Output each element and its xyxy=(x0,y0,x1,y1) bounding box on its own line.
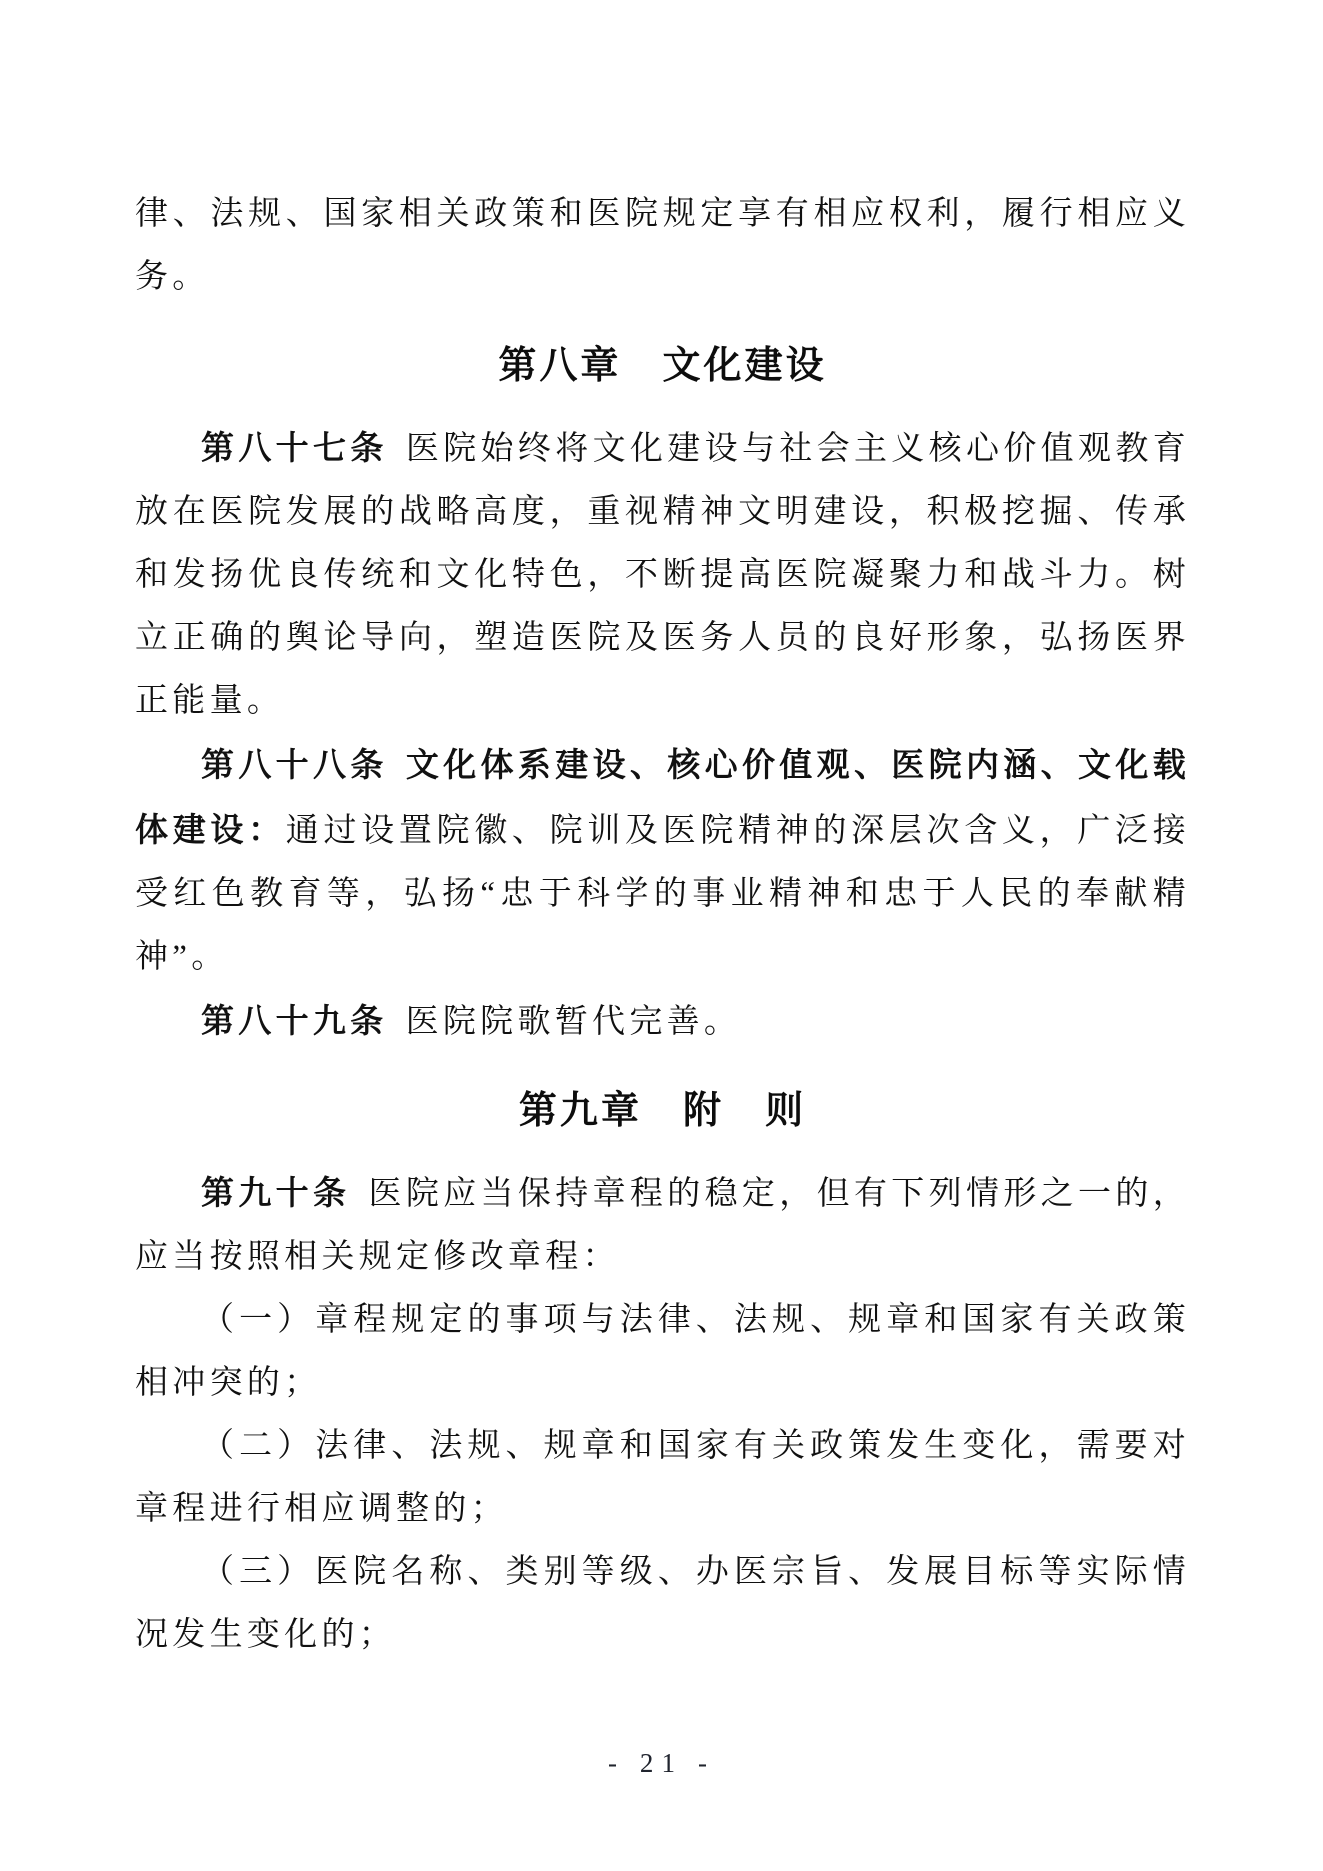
clause-item-3: （三）医院名称、类别等级、办医宗旨、发展目标等实际情况发生变化的； xyxy=(135,1541,1190,1667)
article-89-text: 医院院歌暂代完善。 xyxy=(406,1004,742,1040)
article-88-number: 第八十八条 xyxy=(201,746,388,783)
article-88-text: 通过设置院徽、院训及医院精神的深层次含义，广泛接受红色教育等，弘扬“忠于科学的事… xyxy=(135,813,1190,975)
paragraph-continuation: 律、法规、国家相关政策和医院规定享有相应权利，履行相应义务。 xyxy=(135,183,1190,309)
clause-item-2: （二）法律、法规、规章和国家有关政策发生变化，需要对章程进行相应调整的； xyxy=(135,1415,1190,1541)
document-content: 律、法规、国家相关政策和医院规定享有相应权利，履行相应义务。 第八章 文化建设 … xyxy=(135,183,1190,1667)
clause-item-1: （一）章程规定的事项与法律、法规、规章和国家有关政策相冲突的； xyxy=(135,1289,1190,1415)
chapter-8-heading: 第八章 文化建设 xyxy=(135,335,1190,398)
page-footer: - 21 - xyxy=(0,1748,1323,1779)
article-88-paragraph: 第八十八条文化体系建设、核心价值观、医院内涵、文化载体建设：通过设置院徽、院训及… xyxy=(135,733,1190,989)
article-90-paragraph: 第九十条医院应当保持章程的稳定，但有下列情形之一的，应当按照相关规定修改章程： xyxy=(135,1161,1190,1289)
page-number: - 21 - xyxy=(608,1748,715,1778)
document-page: 律、法规、国家相关政策和医院规定享有相应权利，履行相应义务。 第八章 文化建设 … xyxy=(0,0,1323,1871)
article-87-text: 医院始终将文化建设与社会主义核心价值观教育放在医院发展的战略高度，重视精神文明建… xyxy=(135,431,1190,719)
article-87-number: 第八十七条 xyxy=(201,429,388,466)
article-89-paragraph: 第八十九条医院院歌暂代完善。 xyxy=(135,989,1190,1054)
article-87-paragraph: 第八十七条医院始终将文化建设与社会主义核心价值观教育放在医院发展的战略高度，重视… xyxy=(135,416,1190,733)
chapter-9-heading: 第九章 附 则 xyxy=(135,1080,1190,1143)
article-90-number: 第九十条 xyxy=(201,1174,350,1211)
article-89-number: 第八十九条 xyxy=(201,1002,387,1039)
